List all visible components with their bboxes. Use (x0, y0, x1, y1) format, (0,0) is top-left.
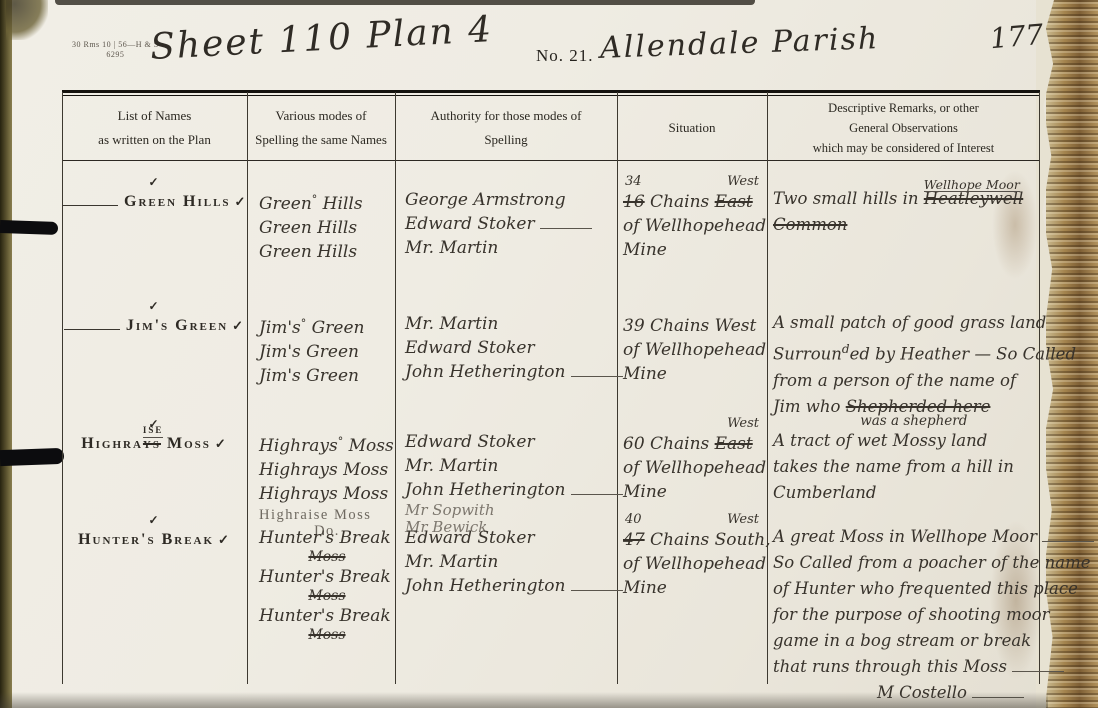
spelling-line: Green° Hills (259, 188, 395, 216)
handwriting-segment: 47 (623, 530, 645, 550)
printer-stamp-line1: 30 Rms 10 | 56—H & S (72, 40, 159, 50)
handwriting-segment: Hunter's Break (259, 606, 391, 626)
column-header-remarks: Descriptive Remarks, or other General Ob… (767, 96, 1040, 160)
corner-stain (6, 0, 48, 40)
situation-line: 34West (623, 174, 767, 190)
table-row: ✓Hunter's Break✓Hunter's BreakMossHunter… (62, 512, 1040, 706)
page-bottom-shadow (0, 692, 1048, 708)
handwriting-segment: Jim who (773, 397, 846, 416)
corrected-text: ysise (143, 432, 161, 456)
column-header-spelling: Various modes of Spelling the same Names (247, 96, 395, 160)
authority-line: John Hetherington (405, 360, 617, 384)
plan-name: Highraysise Moss✓ (62, 432, 247, 456)
handwriting-segment: Green Hills (124, 193, 231, 210)
spelling-line: Hunter's Break (259, 604, 395, 628)
handwriting-segment: A tract of wet Mossy land (773, 431, 987, 450)
handwriting-segment: Jim's Green (259, 342, 359, 362)
remarks-line: A great Moss in Wellhope Moor (773, 524, 1040, 550)
corrected-text: HeatleywellWellhope Moor (924, 186, 1023, 212)
spelling-line: Hunter's Break (259, 565, 395, 589)
handwriting-segment: Hunter's Break (259, 528, 391, 548)
handwriting-segment: Edward Stoker (405, 214, 535, 234)
authority-line: John Hetherington (405, 574, 617, 598)
authority-line: Mr. Martin (405, 550, 617, 574)
header-line: List of Names (118, 104, 192, 128)
handwriting-segment: West (727, 512, 759, 528)
handwriting-segment: Green (306, 318, 364, 338)
handwriting-segment: Mine (623, 578, 667, 598)
authority-cell: Mr. MartinEdward StokerJohn Hetherington (395, 298, 617, 420)
handwriting-segment: Mr. Martin (405, 456, 498, 476)
handwriting-segment: 60 Chains (623, 434, 715, 454)
handwriting-segment: A great Moss in Wellhope Moor (773, 527, 1037, 546)
situation-line: Mine (623, 362, 767, 386)
handwriting-segment: of Wellhopehead (623, 340, 766, 360)
pen-flourish (571, 367, 623, 377)
remarks-cell: Two small hills in HeatleywellWellhope M… (767, 174, 1040, 264)
check-mark-icon: ✓ (62, 512, 247, 528)
table-header-row: List of Names as written on the Plan Var… (62, 96, 1040, 160)
spelling-line: Jim's° Green (259, 312, 395, 340)
remarks-cell: A small patch of good grass landSurround… (767, 298, 1040, 420)
handwriting-segment: Jim's (259, 318, 301, 338)
handwriting-segment: takes the name from a hill in (773, 457, 1014, 476)
remarks-line: from a person of the name of (773, 368, 1040, 394)
spelling-variants-cell: Hunter's BreakMossHunter's BreakMossHunt… (247, 512, 395, 706)
pen-flourish (540, 219, 592, 229)
situation-line: of Wellhopehead (623, 552, 767, 576)
handwriting-segment: Mr. Martin (405, 314, 498, 334)
situation-line: of Wellhopehead (623, 338, 767, 362)
page-number: 177 (989, 18, 1045, 56)
header-line: Authority for those modes of (431, 104, 582, 128)
handwriting-segment: that runs through this Moss (773, 657, 1007, 676)
situation-line: 40West (623, 512, 767, 528)
handwriting-segment: Cumberland (773, 483, 876, 502)
handwriting-segment: Highrays Moss (259, 460, 388, 480)
situation-line: of Wellhopehead (623, 456, 767, 480)
authority-line: Edward Stoker (405, 212, 617, 236)
handwriting-segment: of Hunter who frequented this place (773, 579, 1078, 598)
plan-name-cell: ✓Jim's Green✓ (62, 298, 247, 420)
handwriting-segment: Mine (623, 364, 667, 384)
spelling-line: Moss (259, 589, 395, 604)
header-line: Spelling the same Names (255, 128, 387, 152)
check-mark-icon: ✓ (62, 298, 247, 314)
handwriting-segment: John Hetherington (405, 362, 566, 382)
handwriting-segment: Moss (161, 435, 211, 452)
situation-line: West (623, 416, 767, 432)
handwriting-segment: Highra (81, 435, 143, 452)
situation-line: 16 Chains East (623, 190, 767, 214)
handwriting-segment: Surroun (773, 345, 842, 364)
table-body: ✓Green Hills✓Green° HillsGreen HillsGree… (62, 160, 1040, 685)
spelling-variants-cell: Green° HillsGreen HillsGreen Hills (247, 174, 395, 264)
table-row: ✓Green Hills✓Green° HillsGreen HillsGree… (62, 174, 1040, 264)
authority-line: Mr. Martin (405, 454, 617, 478)
binding-tie (0, 448, 64, 466)
pen-flourish (571, 485, 623, 495)
remarks-cell: A great Moss in Wellhope MoorSo Called f… (767, 512, 1040, 706)
handwriting-segment: John Hetherington (405, 576, 566, 596)
binding-tie (0, 220, 58, 235)
spelling-line: Jim's Green (259, 340, 395, 364)
handwriting-segment: Jim's Green (259, 366, 359, 386)
remarks-line: of Hunter who frequented this place (773, 576, 1040, 602)
column-header-authority: Authority for those modes of Spelling (395, 96, 617, 160)
handwriting-segment: Common (773, 215, 847, 234)
situation-line: of Wellhopehead (623, 214, 767, 238)
check-mark-icon: ✓ (62, 174, 247, 190)
situation-line: 39 Chains West (623, 314, 767, 338)
spelling-line: Highrays° Moss (259, 430, 395, 458)
handwriting-segment: East (715, 434, 753, 454)
handwriting-segment: So Called from a poacher of the name (773, 553, 1091, 572)
authority-line: Mr. Martin (405, 236, 617, 260)
authority-line: George Armstrong (405, 188, 617, 212)
handwriting-segment: Highrays Moss (259, 484, 388, 504)
plan-name: Hunter's Break✓ (62, 528, 247, 552)
inserted-text-above: Wellhope Moor (924, 178, 1020, 193)
handwriting-segment: Hills (317, 194, 362, 214)
book-top-edge (55, 0, 755, 5)
handwriting-segment: 40 (625, 512, 642, 528)
header-line: as written on the Plan (98, 128, 211, 152)
handwriting-segment: Moss (308, 627, 345, 643)
header-line: Various modes of (276, 104, 367, 128)
header-line: which may be considered of Interest (813, 138, 995, 158)
plan-name-cell: ✓Hunter's Break✓ (62, 512, 247, 706)
handwriting-segment: Jim's Green (126, 317, 228, 334)
spelling-line: Moss (259, 550, 395, 565)
spelling-variants-cell: Jim's° GreenJim's GreenJim's Green (247, 298, 395, 420)
column-header-names: List of Names as written on the Plan (62, 96, 247, 160)
handwriting-segment: 39 Chains West (623, 316, 756, 336)
pen-flourish (1012, 662, 1064, 672)
column-header-situation: Situation (617, 96, 767, 160)
handwriting-segment: Highrays (259, 436, 338, 456)
scanned-register-page: 30 Rms 10 | 56—H & S 6295 Sheet 110 Plan… (0, 0, 1098, 708)
header-line: Descriptive Remarks, or other (828, 98, 979, 118)
number-label: No. 21. (536, 46, 594, 66)
spelling-line: Hunter's Break (259, 526, 395, 550)
remarks-line: game in a bog stream or break (773, 628, 1040, 654)
pen-flourish (1042, 532, 1094, 542)
handwriting-segment: 34 (625, 174, 642, 190)
handwriting-segment: of Wellhopehead (623, 216, 766, 236)
handwriting-segment: Mr. Martin (405, 552, 498, 572)
inserted-text-above: ise (143, 423, 164, 438)
authority-line: Edward Stoker (405, 336, 617, 360)
spelling-line: Jim's Green (259, 364, 395, 388)
handwriting-segment: West (727, 416, 759, 432)
situation-line: Mine (623, 480, 767, 504)
handwriting-segment: Mr. Martin (405, 238, 498, 258)
handwriting-segment: from a person of the name of (773, 371, 1016, 390)
handwriting-segment: George Armstrong (405, 190, 566, 210)
header-line: Situation (669, 116, 716, 140)
book-binding-edge (0, 0, 12, 708)
header-line: Spelling (484, 128, 527, 152)
handwriting-segment: Green Hills (259, 218, 357, 238)
authority-line: John Hetherington (405, 478, 617, 502)
pen-flourish (571, 581, 623, 591)
remarks-line: that runs through this Moss (773, 654, 1040, 680)
situation-cell: 34West16 Chains Eastof WellhopeheadMine (617, 174, 767, 264)
remarks-line: Surrounded by Heather — So Called (773, 336, 1040, 368)
remarks-line: So Called from a poacher of the name (773, 550, 1040, 576)
authority-line: Edward Stoker (405, 526, 617, 550)
handwriting-segment: Moss (343, 436, 394, 456)
check-mark-icon: ✓ (232, 318, 245, 333)
authority-line: Mr. Martin (405, 312, 617, 336)
spelling-line: Green Hills (259, 216, 395, 240)
check-mark-icon: ✓ (218, 532, 231, 547)
handwriting-segment: for the purpose of shooting moor (773, 605, 1049, 624)
printer-stamp: 30 Rms 10 | 56—H & S 6295 (72, 40, 159, 60)
situation-line: 60 Chains East (623, 432, 767, 456)
leading-rule (62, 196, 118, 206)
handwriting-segment: Hunter's Break (259, 567, 391, 587)
handwriting-segment: Two small hills in (773, 189, 924, 208)
spelling-line: Highrays Moss (259, 458, 395, 482)
handwriting-segment: Moss (308, 549, 345, 565)
header-line: General Observations (849, 118, 958, 138)
remarks-line: A small patch of good grass land (773, 310, 1040, 336)
remarks-line: A tract of wet Mossy land (773, 428, 1040, 454)
printer-stamp-line2: 6295 (72, 50, 159, 60)
check-mark-icon: ✓ (215, 436, 228, 451)
handwriting-segment: Edward Stoker (405, 338, 535, 358)
handwriting-segment: Mine (623, 240, 667, 260)
plan-name: Green Hills✓ (62, 190, 247, 214)
situation-cell: 39 Chains Westof WellhopeheadMine (617, 298, 767, 420)
situation-cell: 40West47 Chains South,of WellhopeheadMin… (617, 512, 767, 706)
handwriting-segment: Green Hills (259, 242, 357, 262)
spelling-line: Green Hills (259, 240, 395, 264)
handwriting-segment: Green (259, 194, 312, 214)
handwriting-segment: of Wellhopehead (623, 554, 766, 574)
situation-line: Mine (623, 576, 767, 600)
table-row: ✓Jim's Green✓Jim's° GreenJim's GreenJim'… (62, 298, 1040, 420)
handwriting-segment: West (727, 174, 759, 190)
situation-line: 47 Chains South, (623, 528, 767, 552)
remarks-line: Two small hills in HeatleywellWellhope M… (773, 186, 1040, 212)
handwriting-segment: ed by Heather — So Called (850, 345, 1076, 364)
remarks-line: for the purpose of shooting moor (773, 602, 1040, 628)
leading-rule (64, 320, 120, 330)
handwriting-segment: Edward Stoker (405, 528, 535, 548)
handwriting-segment: of Wellhopehead (623, 458, 766, 478)
handwriting-segment: d (842, 342, 850, 356)
situation-line: Mine (623, 238, 767, 262)
remarks-line: takes the name from a hill in (773, 454, 1040, 480)
handwriting-segment: East (715, 192, 753, 212)
plan-name-cell: ✓Green Hills✓ (62, 174, 247, 264)
handwriting-segment: Moss (308, 588, 345, 604)
handwriting-segment: Chains South, (645, 530, 771, 550)
handwriting-segment: Chains (645, 192, 715, 212)
authority-cell: Edward StokerMr. MartinJohn Hetherington (395, 512, 617, 706)
handwriting-segment: game in a bog stream or break (773, 631, 1031, 650)
handwriting-segment: 16 (623, 192, 645, 212)
spelling-line: Moss (259, 628, 395, 643)
authority-cell: George ArmstrongEdward StokerMr. Martin (395, 174, 617, 264)
handwriting-segment: Mine (623, 482, 667, 502)
handwriting-segment: A small patch of good grass land (773, 313, 1046, 332)
remarks-line: Common (773, 212, 1040, 238)
authority-line: Edward Stoker (405, 430, 617, 454)
remarks-line: Cumberland (773, 480, 1040, 506)
handwriting-segment: John Hetherington (405, 480, 566, 500)
check-mark-icon: ✓ (235, 194, 248, 209)
plan-name: Jim's Green✓ (62, 314, 247, 338)
handwriting-segment: Hunter's Break (78, 531, 214, 548)
spelling-line: Highrays Moss (259, 482, 395, 506)
handwriting-segment: Edward Stoker (405, 432, 535, 452)
